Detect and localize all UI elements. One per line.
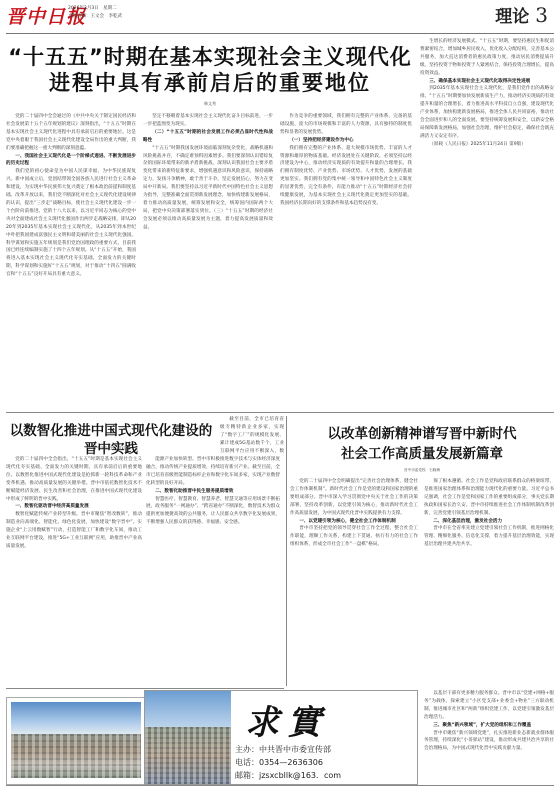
main-article-column-3: 作为竞争的重要领域，我们拥有完整的产业体系、完备的基础设施、庞大的市场规模和丰富… [280, 113, 412, 410]
section-name: 理论 [495, 7, 529, 27]
qiushi-column-box: 求實 主办：中共晋中市委宣传部 电话：0354—2636306 邮箱：jzsxc… [144, 690, 418, 785]
paragraph: 到2035年基本实现社会主义现代化，是我们党作出的战略安排。“十五五”时期要加快… [420, 85, 554, 140]
main-headline-line1: “十五五”时期在基本实现社会主义现代化 [0, 44, 420, 70]
paragraph: 晋中市在全省率先建立党建引领社会工作机制，推进网格化管理、精细化服务、信息化支撑… [424, 525, 554, 549]
paragraph: 晋中市坚持把党的领导贯穿社会工作全过程，整合社会工作职能，理顺工作关系，构建上下… [290, 525, 418, 549]
sponsor-label: 主办： [235, 745, 259, 754]
city-panorama-photo [6, 697, 146, 785]
qiushi-title: 求實 [245, 695, 329, 744]
subheading: （一）坚持把经济建设作为中心 [280, 137, 412, 145]
subheading: （二）“十五五”时期的社会发展工作必须凸显时代性和战略性 [143, 129, 273, 145]
phone-label: 电话： [235, 758, 259, 767]
article3-headline: 以改革创新精神谱写晋中新时代 社会工作高质量发展新篇章 [290, 424, 554, 464]
paragraph: 以基层干部有更多精力服务群众。晋中市以“党建+网格+服务”为载体，探索建立“小区… [424, 690, 554, 722]
main-headline-line2: 进程中具有承前启后的重要地位 [0, 70, 420, 96]
issue-date: 2026年2月3日 星期二 [68, 5, 122, 13]
article3-column-3: 以基层干部有更多精力服务群众。晋中市以“党建+网格+服务”为载体，探索建立“小区… [424, 690, 554, 782]
paragraph: 我们拥有完整的产业体系、超大规模市场优势、丰富的人才资源和雄厚的物质基础。经济发… [280, 145, 412, 208]
subheading: 二、数智化助推晋中民生服务提质增效 [146, 488, 280, 496]
article2-column-2: 能源产业加快转型。晋中市积极推进数字技术与实体经济深度融合，推动传统产业提质增效… [146, 456, 280, 686]
paragraph: 党的二十届四中全会明确提出“完善社会治理体系，健全社会工作体制机制”。新时代社会… [290, 478, 418, 518]
subheading: 一、数智化驱动晋中经济高质量发展 [6, 503, 142, 511]
article2-column-3: 截至目前，全市已培育省级专精特新企业多家，实现了“数字工厂”的规模化发展，累计建… [220, 416, 284, 456]
source-note: （原载《人民日报》2025年11月24日 第9版） [420, 141, 554, 149]
subheading: 二、深化基层治理，激发社会活力 [424, 518, 554, 526]
photo-city [145, 727, 231, 784]
article3-headline-line1: 以改革创新精神谱写晋中新时代 [290, 424, 554, 444]
paragraph: 截至目前，全市已培育省级专精特新企业多家，实现了“数字工厂”的规模化发展，累计建… [220, 416, 284, 456]
sponsor-line: 主办：中共晋中市委宣传部 [235, 743, 341, 756]
section-divider [6, 412, 554, 413]
paragraph: 我们党的初心使命是为中国人民谋幸福、为中华民族谋复兴。新中国成立后，党团结带领全… [6, 168, 136, 279]
masthead: 晋中日报 2026年2月3日 星期二 本版责编：王文会 李乾武 理论3 [0, 0, 560, 36]
article2-byline: 晋中市委党校 张红艳 [6, 446, 216, 451]
page-number: 3 [535, 3, 548, 27]
masthead-meta: 2026年2月3日 星期二 本版责编：王文会 李乾武 [68, 5, 122, 21]
footer-rule [6, 785, 554, 786]
photo-sky [11, 702, 141, 734]
main-article-column-4: 生增长的经济发展模式。“十五五”时期，要坚持惠民生和促消费紧密结合，增加城乡居民… [420, 38, 554, 410]
subheading: 三、确保基本实现社会主义现代化取得决定性进展 [420, 78, 554, 86]
header-rule [6, 33, 554, 34]
page-editors: 本版责编：王文会 李乾武 [68, 13, 122, 21]
article3-column-1: 党的二十届四中全会明确提出“完善社会治理体系，健全社会工作体制机制”。新时代社会… [290, 478, 418, 688]
phone-line: 电话：0354—2636306 [235, 756, 341, 769]
photo-sky [145, 691, 231, 727]
photo-city [11, 734, 141, 778]
paragraph: 坚定不移朝着基本实现社会主义现代化奋斗目标前进，一步一步把蓝图变为现实。 [143, 113, 273, 129]
paragraph: 晋中市聚焦“新兴领域党建”，扎实推进新业态新就业群体服务管理，持续深化“小哥驿站… [424, 730, 554, 754]
qiushi-info: 主办：中共晋中市委宣传部 电话：0354—2636306 邮箱：jzsxcbll… [235, 743, 341, 782]
email-label: 邮箱： [235, 771, 259, 780]
paragraph: 生增长的经济发展模式。“十五五”时期，要坚持惠民生和促消费紧密结合，增加城乡居民… [420, 38, 554, 78]
main-byline: 韩文秀 [0, 101, 420, 107]
paragraph: 数智化赋能传统产业转型升级。晋中市聚焦“智改数转”，推动制造业向高端化、智能化、… [6, 511, 142, 551]
subheading: 一、我国社会主义现代化是一个阶梯式递进、不断发展进步的历史过程 [6, 153, 136, 169]
paragraph: 能源产业加快转型。晋中市积极推进数字技术与实体经济深度融合，推动传统产业提质增效… [146, 456, 280, 488]
email-value[interactable]: jzsxcbllk@163．com [259, 771, 341, 780]
paragraph: 智慧医疗、智慧教育、智慧养老、智慧交通等应用场景不断拓展，政务服务“一网通办”、… [146, 496, 280, 528]
phone-value: 0354—2636306 [259, 758, 323, 767]
paragraph: 作为竞争的重要领域，我们拥有完整的产业体系、完备的基础设施、庞大的市场规模和丰富… [280, 113, 412, 137]
email-line: 邮箱：jzsxcbllk@163．com [235, 769, 341, 782]
sponsor-value: 中共晋中市委宣传部 [259, 745, 331, 754]
paragraph: 保了根本遵循。社会工作是党和政府联系群众的桥梁纽带，是推进国家治理体系和治理能力… [424, 478, 554, 518]
qiushi-city-photo [145, 691, 231, 784]
photo-top-divider [6, 688, 284, 689]
main-article-column-1: 党的二十届四中全会通过的《中共中央关于制定国民经济和社会发展第十五个五年规划的建… [6, 113, 136, 410]
article3-byline: 晋中市委党校 石晓梅 [290, 468, 554, 473]
paragraph: “十五五”时期我国发展环境面临深刻复杂变化，战略机遇和风险挑战并存，不确定难预料… [143, 145, 273, 232]
article3-headline-line2: 社会工作高质量发展新篇章 [290, 444, 554, 464]
paragraph: 党的二十届四中全会通过的《中共中央关于制定国民经济和社会发展第十五个五年规划的建… [6, 113, 136, 153]
main-article-column-2: 坚定不移朝着基本实现社会主义现代化奋斗目标前进，一步一步把蓝图变为现实。 （二）… [143, 113, 273, 410]
paragraph: 党的二十届四中全会指出，“十五五”时期是基本实现社会主义现代化夯实基础、全面发力… [6, 456, 142, 503]
main-headline: “十五五”时期在基本实现社会主义现代化 进程中具有承前启后的重要地位 [0, 44, 420, 96]
subheading: 一、以党建引领为核心，健全社会工作体制机制 [290, 518, 418, 526]
article2-headline: 以数智化推进中国式现代化建设的晋中实践 [6, 422, 216, 458]
subheading: 三、聚焦“新兴领域”，扩大党的组织和工作覆盖 [424, 722, 554, 730]
section-label: 理论3 [495, 2, 548, 27]
article2-column-1: 党的二十届四中全会指出，“十五五”时期是基本实现社会主义现代化夯实基础、全面发力… [6, 456, 142, 686]
article3-column-2: 保了根本遵循。社会工作是党和政府联系群众的桥梁纽带，是推进国家治理体系和治理能力… [424, 478, 554, 688]
column-divider [286, 416, 287, 686]
